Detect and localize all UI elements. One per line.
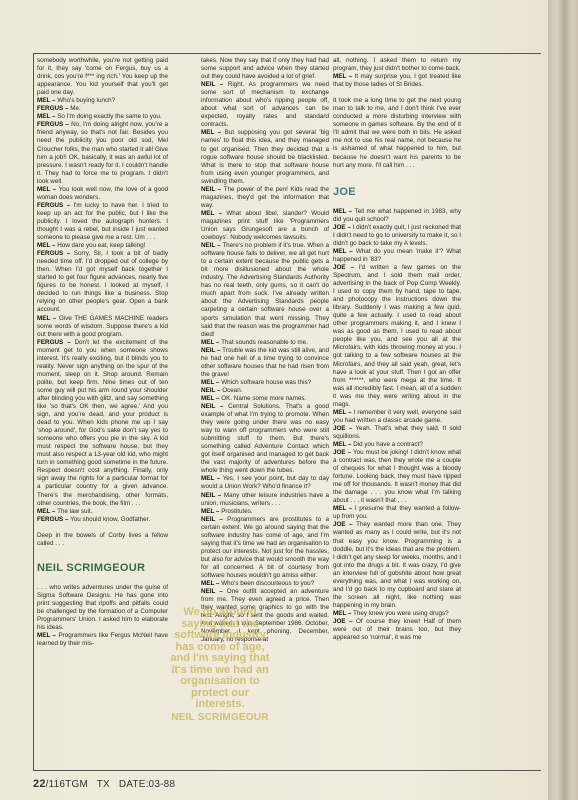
speaker-label: MEL – (333, 208, 352, 215)
paragraph-text: Yeah. That's what they said. It sold squ… (333, 425, 461, 440)
paragraph: JOE – I didn't exactly quit, I just reck… (333, 224, 461, 248)
speaker-label: MEL – (37, 97, 55, 104)
paragraph: MEL – The law suit. (37, 508, 168, 516)
paragraph: MEL – Tell me what happened in 1983, why… (333, 208, 461, 224)
speaker-label: MEL – (201, 580, 219, 587)
paragraph: JOE – Of course they knew! Half of them … (333, 618, 461, 642)
speaker-label: FERGUS – (37, 202, 70, 209)
paragraph-text: I didn't exactly quit, I just reckoned t… (333, 224, 461, 247)
paragraph: NEIL – The power of the pen! Kids read t… (201, 186, 329, 210)
speaker-label: MEL – (201, 395, 219, 402)
paragraph: JOE – Yeah. That's what they said. It so… (333, 425, 461, 441)
speaker-label: MEL – (37, 113, 55, 120)
paragraph-text: Give THE GAMES MACHINE readers some word… (37, 315, 168, 338)
paragraph: JOE – They wanted more than one. They wa… (333, 521, 461, 610)
paragraph-text: Which software house was this? (221, 379, 311, 386)
speaker-label: NEIL – (201, 347, 220, 354)
speaker-label: MEL – (201, 339, 219, 346)
paragraph: all, nothing. I asked them to return my … (333, 57, 461, 73)
paragraph: MEL – You look well now, the love of a g… (37, 186, 168, 202)
paragraph-text: . . . who writes adventures under the gu… (37, 584, 168, 631)
paragraph: MEL – Programmers like Fergus McNeil hav… (37, 632, 168, 648)
speaker-label: MEL – (333, 409, 352, 416)
paragraph: FERGUS – No, I'm doing alright now, you'… (37, 121, 168, 185)
paragraph-text: You look well now, the love of a good wo… (37, 186, 168, 201)
speaker-label: MEL – (333, 248, 353, 255)
right-column: all, nothing. I asked them to return my … (333, 57, 461, 642)
paragraph-text: I presume that they wanted a follow-up f… (333, 505, 461, 520)
paragraph-text: They wanted more than one. They wanted a… (333, 521, 461, 608)
speaker-label: JOE – (333, 264, 354, 271)
paragraph-text: Prostitutes. (221, 508, 253, 515)
speaker-label: NEIL – (201, 387, 220, 394)
paragraph-text: They knew you were using drugs? (353, 610, 449, 617)
speaker-label: NEIL – (201, 242, 221, 249)
paragraph: MEL – Who's been discourteous to you? (201, 580, 329, 588)
paragraph-text: Programmers are prostitutes to a certain… (201, 516, 329, 579)
paragraph-text: somebody worthwhile, you're not getting … (37, 57, 168, 96)
speaker-label: FERGUS – (37, 339, 71, 346)
paragraph: NEIL – Trouble was the kid was still ali… (201, 347, 329, 379)
paragraph-text: The power of the pen! Kids read the maga… (201, 186, 329, 209)
paragraph: MEL – Who's buying lunch? (37, 97, 168, 105)
paragraph: MEL – Did you have a contract? (333, 441, 461, 449)
paragraph-text: There's no problem if it's true. When a … (201, 242, 329, 338)
paragraph: MEL – I remember it very well, everyone … (333, 409, 461, 425)
middle-paragraphs: takes. Now they say that if only they ha… (201, 57, 329, 644)
paragraph-text: Who's been discourteous to you? (221, 580, 314, 587)
speaker-label: MEL – (201, 210, 222, 217)
speaker-label: JOE – (333, 224, 351, 231)
speaker-label: MEL – (201, 475, 220, 482)
pull-quote-text: We go around saying that the software in… (168, 607, 272, 711)
paragraph: NEIL – Ocean. (201, 387, 329, 395)
paragraph: MEL – I presume that they wanted a follo… (333, 505, 461, 521)
page-footer: 22/116TGM TX DATE:03-88 (33, 778, 175, 790)
paragraph-text: Yes, I see your point, but day to day wo… (201, 475, 329, 490)
paragraph: NEIL – Many other leisure industries hav… (201, 492, 329, 508)
speaker-label: MEL – (37, 186, 56, 193)
speaker-label: MEL – (37, 508, 55, 515)
paragraph: somebody worthwhile, you're not getting … (37, 57, 168, 97)
paragraph: MEL – Give THE GAMES MACHINE readers som… (37, 315, 168, 339)
speaker-label: FERGUS – (37, 516, 69, 523)
paragraph: MEL – That sounds reasonable to me. (201, 339, 329, 347)
speaker-label: NEIL – (201, 516, 223, 523)
speaker-label: MEL – (333, 610, 351, 617)
paragraph: MEL – So I'm doing exactly the same to y… (37, 113, 168, 121)
speaker-label: NEIL – (201, 588, 223, 595)
intro-joe: It took me a long time to get the next y… (333, 97, 461, 169)
speaker-label: MEL – (37, 242, 55, 249)
paragraph-text: Me. (70, 105, 81, 112)
paragraph-text: OK. Name some more names. (221, 395, 306, 402)
paragraph-text: But supposing you got several 'big names… (201, 129, 329, 184)
pull-quote-attribution: NEIL SCRIMGEOUR (168, 712, 272, 724)
left-paragraphs: somebody worthwhile, you're not getting … (37, 57, 168, 524)
intro-neil: Deep in the bowels of Corby lives a fell… (37, 532, 168, 548)
paragraph-text: takes. Now they say that if only they ha… (201, 57, 329, 80)
neil-paragraphs: . . . who writes adventures under the gu… (37, 584, 168, 648)
speaker-label: MEL – (333, 441, 351, 448)
heading-neil-scrimgeour: NEIL SCRIMGEOUR (37, 562, 168, 574)
speaker-label: NEIL – (201, 186, 221, 193)
paragraph: JOE – You must be joking! I didn't know … (333, 449, 461, 505)
page-number: 22 (33, 778, 46, 790)
paragraph: FERGUS – Me. (37, 105, 168, 113)
paragraph-text: You should know, Godfather. (70, 516, 150, 523)
page-spine-edge (548, 0, 578, 800)
paragraph: FERGUS – Don't let the excitement of the… (37, 339, 168, 508)
paragraph-text: Trouble was the kid was still alive, and… (201, 347, 329, 378)
paragraph: NEIL – Programmers are prostitutes to a … (201, 516, 329, 580)
paragraph-text: No, I'm doing alright now, you're a frie… (37, 121, 168, 184)
paragraph-text: Sorry, Sir, I took a bit of badly needed… (37, 250, 168, 313)
paragraph-text: So I'm doing exactly the same to you. (57, 113, 161, 120)
paragraph: MEL – OK. Name some more names. (201, 395, 329, 403)
paragraph-text: What do you mean 'make it'? What happene… (333, 248, 461, 263)
paragraph-text: Who's buying lunch? (57, 97, 115, 104)
paragraph-text: I remember it very well, everyone said y… (333, 409, 461, 424)
speaker-label: FERGUS – (37, 250, 70, 257)
paragraph: MEL – How dare you eat, keep talking! (37, 242, 168, 250)
paragraph: NEIL – Central Solutions. That's a good … (201, 403, 329, 475)
paragraph: MEL – Prostitutes. (201, 508, 329, 516)
pull-quote: We go around saying that the software in… (168, 607, 272, 723)
paragraph-text: How dare you eat, keep talking! (57, 242, 145, 249)
speaker-label: JOE – (333, 425, 352, 432)
speaker-label: MEL – (201, 508, 219, 515)
paragraph-text: all, nothing. I asked them to return my … (333, 57, 461, 72)
speaker-label: MEL – (333, 505, 352, 512)
left-column: somebody worthwhile, you're not getting … (37, 57, 168, 648)
middle-column: takes. Now they say that if only they ha… (201, 57, 329, 644)
paragraph-text: Tell me what happened in 1983, why did y… (333, 208, 461, 223)
paragraph-text: Central Solutions. That's a good example… (201, 403, 329, 474)
paragraph: MEL – Yes, I see your point, but day to … (201, 475, 329, 491)
speaker-label: FERGUS – (37, 105, 69, 112)
paragraph-text: I'd written a few games on the Spectrum,… (333, 264, 461, 408)
paragraph-text: Right. As programmers we need some sort … (201, 81, 329, 128)
paragraph-text: You must be joking! I didn't know what a… (333, 449, 461, 504)
joe-paragraphs: MEL – Tell me what happened in 1983, why… (333, 208, 461, 643)
heading-joe: JOE (333, 186, 461, 198)
speaker-label: MEL – (333, 73, 352, 80)
paragraph-text: That sounds reasonable to me. (221, 339, 308, 346)
speaker-label: MEL – (37, 632, 56, 639)
paragraph: MEL – What do you mean 'make it'? What h… (333, 248, 461, 264)
speaker-label: JOE – (333, 618, 353, 625)
speaker-label: JOE – (333, 449, 351, 456)
paragraph: FERGUS – You should know, Godfather. (37, 516, 168, 524)
speaker-label: MEL – (37, 315, 56, 322)
paragraph-text: Did you have a contract? (353, 441, 423, 448)
paragraph: JOE – I'd written a few games on the Spe… (333, 264, 461, 409)
paragraph: FERGUS – Sorry, Sir, I took a bit of bad… (37, 250, 168, 314)
paragraph-text: The law suit. (57, 508, 92, 515)
paragraph: MEL – Which software house was this? (201, 379, 329, 387)
speaker-label: NEIL – (201, 492, 221, 499)
paragraph: . . . who writes adventures under the gu… (37, 584, 168, 632)
paragraph-text: Ocean. (222, 387, 242, 394)
speaker-label: MEL – (201, 129, 221, 136)
speaker-label: NEIL – (201, 81, 223, 88)
paragraph-text: Of course they knew! Half of them were o… (333, 618, 461, 641)
paragraph: NEIL – There's no problem if it's true. … (201, 242, 329, 339)
paragraph: MEL – They knew you were using drugs? (333, 610, 461, 618)
paragraph: takes. Now they say that if only they ha… (201, 57, 329, 81)
paragraph-text: Many other leisure industries have a uni… (201, 492, 329, 507)
right-paragraphs: all, nothing. I asked them to return my … (333, 57, 461, 89)
paragraph: MEL – It may surprise you, I got treated… (333, 73, 461, 89)
paragraph: NEIL – Right. As programmers we need som… (201, 81, 329, 129)
paragraph-text: It may surprise you, I got treated like … (333, 73, 461, 88)
paragraph: MEL – But supposing you got several 'big… (201, 129, 329, 185)
speaker-label: FERGUS – (37, 121, 69, 128)
paragraph-text: Don't let the excitement of the moment g… (37, 339, 168, 507)
speaker-label: NEIL – (201, 403, 223, 410)
paragraph: MEL – What about libel, slander? Would m… (201, 210, 329, 242)
speaker-label: MEL – (201, 379, 219, 386)
speaker-label: JOE – (333, 521, 353, 528)
footer-info: /116TGM TX DATE:03-88 (46, 779, 176, 790)
paragraph-text: Programmers like Fergus McNeil have lear… (37, 632, 168, 647)
paragraph: FERGUS – I'm lucky to have her. I tried … (37, 202, 168, 242)
